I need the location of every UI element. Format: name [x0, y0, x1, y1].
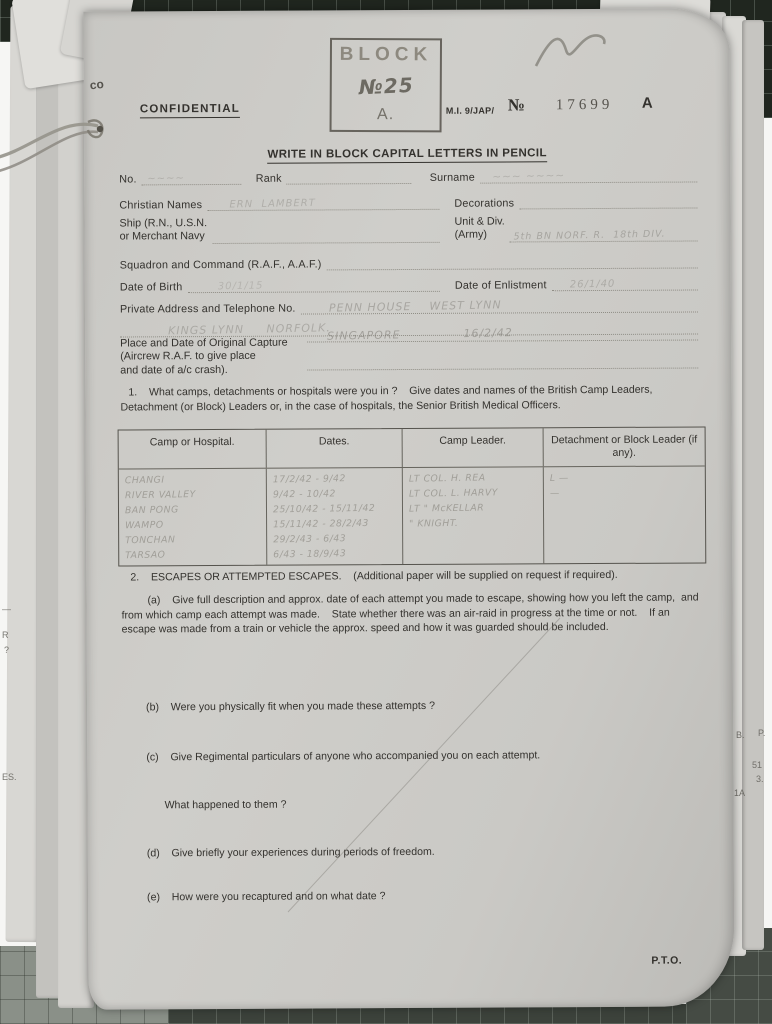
question-2c2-text: What happened to them ?: [165, 799, 287, 812]
address-field-line: PENN HOUSE WEST LYNN: [301, 298, 698, 314]
table-cell: —: [550, 484, 699, 501]
confidential-marking: CONFIDENTIAL: [140, 103, 240, 119]
ship-label: Ship (R.N., U.S.N. or Merchant Navy: [119, 217, 207, 244]
edge-text-fragment: P.: [758, 728, 765, 738]
form-reference-prefix: M.I. 9/JAP/: [446, 106, 494, 116]
capture-field-line2: [307, 354, 698, 370]
underlying-page-text: co: [89, 77, 104, 92]
ship-field-line: [212, 229, 439, 244]
dates-column: 17/2/42 - 9/42 9/42 - 10/42 25/10/42 - 1…: [267, 469, 404, 566]
rank-field-line: [287, 170, 412, 185]
date-of-enlistment-handwriting: 26/1/40: [570, 279, 616, 291]
questionnaire-page: co CONFIDENTIAL BLOCK №25 A. M.I. 9/JAP/…: [83, 8, 734, 1009]
leader-column: LT COL. H. REA LT COL. L. HARVY LT " McK…: [403, 468, 545, 565]
table-cell: " KNIGHT.: [409, 515, 537, 532]
edge-text-fragment: ?: [4, 645, 9, 655]
camps-table: Camp or Hospital. Dates. Camp Leader. De…: [118, 426, 707, 567]
unit-div-label: Unit & Div. (Army): [454, 215, 504, 242]
form-number-label: №: [508, 95, 525, 115]
question-2c-text: (c) Give Regimental particulars of anyon…: [146, 749, 540, 763]
camps-table-header: Camp or Hospital. Dates. Camp Leader. De…: [119, 427, 705, 470]
col-header-leader: Camp Leader.: [403, 428, 544, 467]
edge-text-fragment: ES.: [2, 772, 17, 782]
field-row: Ship (R.N., U.S.N. or Merchant Navy: [119, 216, 439, 245]
camps-column: CHANGI RIVER VALLEY BAN PONG WAMPO TONCH…: [119, 469, 268, 566]
edge-text-fragment: 3.: [756, 774, 764, 784]
date-of-birth-handwriting: 30/1/15: [217, 280, 263, 292]
date-of-enlistment-field-line: 26/1/40: [552, 276, 698, 291]
rank-label: Rank: [256, 173, 282, 185]
col-header-camp: Camp or Hospital.: [119, 430, 267, 469]
edge-text-fragment: B.: [736, 730, 745, 740]
field-row: Date of Enlistment 26/1/40: [455, 276, 698, 291]
question-2e-text: (e) How were you recaptured and on what …: [147, 890, 386, 903]
col-header-dates: Dates.: [267, 429, 403, 468]
field-row: Date of Birth 30/1/15: [120, 278, 440, 294]
unit-div-handwriting: 5th BN NORF. R. 18th DIV.: [514, 229, 666, 243]
page-turn-over-marking: P.T.O.: [651, 955, 682, 967]
edge-text-fragment: R: [2, 630, 9, 640]
capture-label: Place and Date of Original Capture (Airc…: [120, 337, 288, 378]
form-title-text: WRITE IN BLOCK CAPITAL LETTERS IN PENCIL: [267, 147, 547, 163]
question-2a-text: (a) Give full description and approx. da…: [121, 590, 699, 637]
capture-field-line: SINGAPORE 16/2/42: [307, 326, 698, 342]
surname-label: Surname: [430, 172, 475, 184]
table-cell: TARSAO: [125, 547, 260, 564]
edge-text-fragment: 1A: [734, 788, 745, 798]
no-field-line: ~~~~: [142, 171, 242, 186]
question-2-heading: 2. ESCAPES OR ATTEMPTED ESCAPES. (Additi…: [130, 568, 699, 583]
table-cell: 6/43 - 18/9/43: [273, 546, 396, 563]
christian-names-field-line: ERN LAMBERT: [207, 196, 439, 211]
question-2d-text: (d) Give briefly your experiences during…: [147, 846, 435, 860]
field-row: Private Address and Telephone No. PENN H…: [120, 298, 698, 315]
camps-table-body: CHANGI RIVER VALLEY BAN PONG WAMPO TONCH…: [119, 467, 705, 566]
christian-names-handwriting: ERN LAMBERT: [229, 198, 316, 211]
block-number-stamp: BLOCK №25 A.: [330, 38, 442, 133]
capture-handwriting: SINGAPORE 16/2/42: [327, 326, 513, 343]
edge-text-fragment: 51: [752, 760, 762, 770]
no-handwriting: ~~~~: [148, 173, 186, 185]
christian-names-label: Christian Names: [119, 199, 202, 211]
address-handwriting-line1: PENN HOUSE WEST LYNN: [329, 298, 502, 314]
no-label: No.: [119, 173, 136, 185]
field-row: No. ~~~~ Rank Surname ~~~ ~~~~: [119, 168, 697, 185]
photo-of-document: — R ? ES. B. P. 51 3. 1A co CONFIDENTIAL…: [0, 0, 772, 1024]
address-label: Private Address and Telephone No.: [120, 303, 296, 316]
date-of-enlistment-label: Date of Enlistment: [455, 279, 547, 291]
date-of-birth-field-line: 30/1/15: [187, 278, 439, 293]
squadron-field-line: [327, 254, 698, 270]
question-2b-text: (b) Were you physically fit when you mad…: [146, 700, 435, 714]
squadron-label: Squadron and Command (R.A.F., A.A.F.): [120, 258, 322, 271]
surname-field-line: ~~~ ~~~~: [480, 168, 697, 183]
stamp-block-number: №25: [358, 73, 414, 100]
decorations-field-line: [519, 194, 697, 209]
form-copy-letter: A: [642, 95, 653, 112]
field-row: Decorations: [454, 194, 697, 209]
surname-handwriting: ~~~ ~~~~: [492, 170, 565, 183]
question-1-text: 1. What camps, detachments or hospitals …: [120, 382, 698, 414]
stamp-block-word: BLOCK: [340, 44, 433, 66]
unit-div-field-line: 5th BN NORF. R. 18th DIV.: [510, 227, 698, 242]
edge-text-fragment: —: [2, 604, 11, 614]
form-title: WRITE IN BLOCK CAPITAL LETTERS IN PENCIL: [84, 142, 730, 164]
date-of-birth-label: Date of Birth: [120, 281, 183, 293]
stamp-block-letter: A.: [377, 106, 394, 124]
page-edge-right: [742, 20, 764, 950]
decorations-label: Decorations: [454, 197, 514, 209]
col-header-detachment: Detachment or Block Leader (if any).: [544, 427, 705, 466]
detachment-column: L — —: [544, 467, 706, 564]
field-row: Christian Names ERN LAMBERT: [119, 196, 439, 212]
field-row: Unit & Div. (Army) 5th BN NORF. R. 18th …: [454, 214, 697, 242]
form-serial-number: 17699: [556, 97, 614, 114]
field-row: Squadron and Command (R.A.F., A.A.F.): [120, 254, 698, 271]
